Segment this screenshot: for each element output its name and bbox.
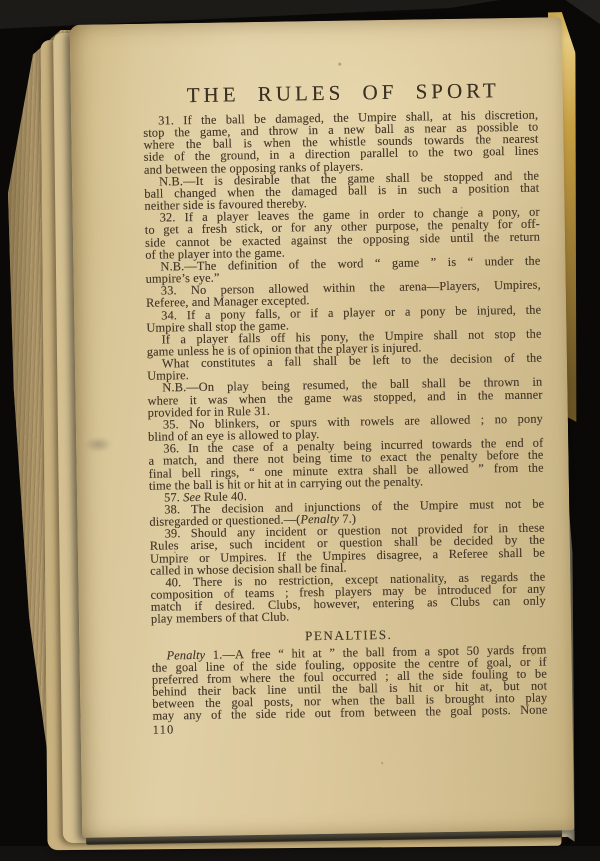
page-title: THE RULES OF SPORT	[149, 78, 538, 108]
paper-smudge	[84, 436, 112, 452]
rules-section: 31. If the ball be damaged, the Umpire s…	[143, 109, 546, 626]
rule-paragraph: 36. In the case of a penalty being incur…	[148, 437, 544, 492]
penalties-heading: PENALTIES.	[151, 624, 546, 645]
foxing-speck	[381, 762, 383, 764]
rule-paragraph: 40. There is no restriction, except nati…	[150, 570, 546, 625]
penalties-section: Penalty 1.—A free “ hit at ” the ball fr…	[151, 643, 547, 722]
rule-paragraph: 32. If a player leaves the game in order…	[145, 206, 541, 261]
book-scan: THE RULES OF SPORT 31. If the ball be da…	[0, 0, 600, 861]
foxing-speck	[338, 63, 341, 66]
page-text: THE RULES OF SPORT 31. If the ball be da…	[143, 78, 548, 736]
rule-paragraph: 31. If the ball be damaged, the Umpire s…	[143, 109, 539, 176]
penalty-paragraph: Penalty 1.—A free “ hit at ” the ball fr…	[151, 643, 547, 722]
book-page: THE RULES OF SPORT 31. If the ball be da…	[70, 17, 575, 838]
rule-paragraph: 39. Should any incident or question not …	[150, 522, 546, 577]
